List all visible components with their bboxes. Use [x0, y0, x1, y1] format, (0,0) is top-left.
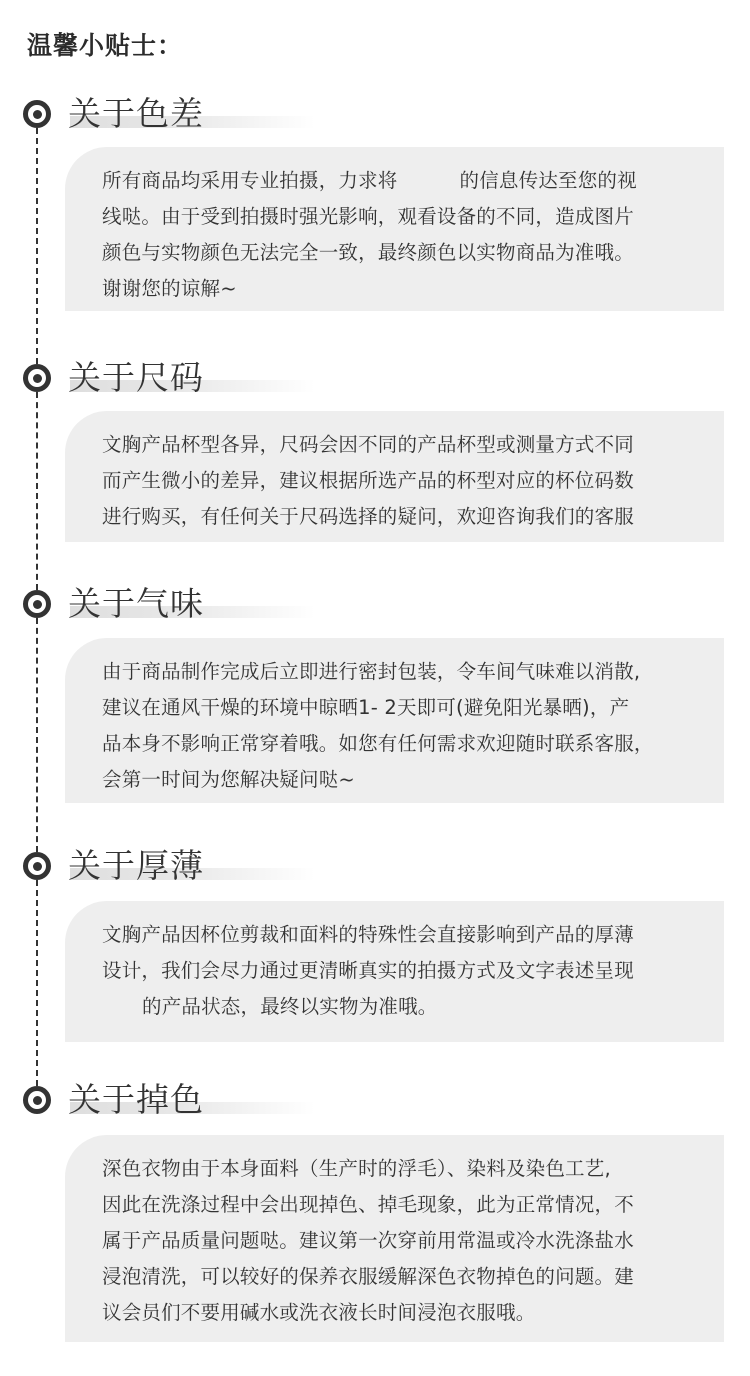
card-text-line: 建议在通风干燥的环境中晾晒1- 2天即可(避免阳光暴晒)，产	[102, 690, 704, 726]
section-heading-thickness: 关于厚薄	[68, 846, 204, 886]
section-heading-color-difference: 关于色差	[68, 94, 204, 134]
card-text-line: 属于产品质量问题哒。建议第一次穿前用常温或冷水洗涤盐水	[102, 1223, 704, 1259]
card-text-line: 进行购买，有任何关于尺码选择的疑问，欢迎咨询我们的客服	[102, 499, 704, 535]
target-circle-icon	[23, 100, 51, 128]
section-card-thickness: 文胸产品因杯位剪裁和面料的特殊性会直接影响到产品的厚薄 设计，我们会尽力通过更清…	[65, 901, 724, 1042]
card-text-line: 线哒。由于受到拍摄时强光影响，观看设备的不同，造成图片	[102, 199, 704, 235]
card-text-line: 所有商品均采用专业拍摄，力求将的信息传达至您的视	[102, 163, 704, 199]
card-text-line: 因此在洗涤过程中会出现掉色、掉毛现象，此为正常情况，不	[102, 1187, 704, 1223]
card-text-line: 品本身不影响正常穿着哦。如您有任何需求欢迎随时联系客服，	[102, 726, 704, 762]
card-text-line: 的产品状态，最终以实物为准哦。	[102, 989, 704, 1025]
card-text-line: 议会员们不要用碱水或洗衣液长时间浸泡衣服哦。	[102, 1295, 704, 1331]
card-text-line: 深色衣物由于本身面料（生产时的浮毛）、染料及染色工艺,	[102, 1151, 704, 1187]
section-title: 关于色差	[68, 94, 204, 134]
target-circle-icon	[23, 1086, 51, 1114]
section-heading-fading: 关于掉色	[68, 1080, 204, 1120]
section-title: 关于气味	[68, 584, 204, 624]
section-title: 关于厚薄	[68, 846, 204, 886]
page-title: 温馨小贴士：	[27, 26, 183, 62]
card-text-line: 谢谢您的谅解~	[102, 271, 704, 307]
section-card-size: 文胸产品杯型各异，尺码会因不同的产品杯型或测量方式不同 而产生微小的差异，建议根…	[65, 411, 724, 542]
section-title: 关于尺码	[68, 358, 204, 398]
card-text-line: 而产生微小的差异，建议根据所选产品的杯型对应的杯位码数	[102, 463, 704, 499]
section-title: 关于掉色	[68, 1080, 204, 1120]
section-heading-size: 关于尺码	[68, 358, 204, 398]
timeline-dashed-line	[36, 880, 38, 1086]
text-segment: 的产品状态，最终以实物为准哦。	[142, 995, 438, 1018]
section-card-fading: 深色衣物由于本身面料（生产时的浮毛）、染料及染色工艺, 因此在洗涤过程中会出现掉…	[65, 1135, 724, 1342]
card-text-line: 由于商品制作完成后立即进行密封包装，令车间气味难以消散,	[102, 654, 704, 690]
timeline-dashed-line	[36, 392, 38, 590]
card-text-line: 颜色与实物颜色无法完全一致，最终颜色以实物商品为准哦。	[102, 235, 704, 271]
text-segment: 所有商品均采用专业拍摄，力求将	[102, 169, 398, 192]
card-text-line: 文胸产品因杯位剪裁和面料的特殊性会直接影响到产品的厚薄	[102, 917, 704, 953]
card-text-line: 文胸产品杯型各异，尺码会因不同的产品杯型或测量方式不同	[102, 427, 704, 463]
target-circle-icon	[23, 364, 51, 392]
section-card-color-difference: 所有商品均采用专业拍摄，力求将的信息传达至您的视 线哒。由于受到拍摄时强光影响，…	[65, 147, 724, 311]
card-text-line: 会第一时间为您解决疑问哒~	[102, 762, 704, 798]
timeline-dashed-line	[36, 128, 38, 364]
card-text-line: 浸泡清洗，可以较好的保养衣服缓解深色衣物掉色的问题。建	[102, 1259, 704, 1295]
section-heading-odor: 关于气味	[68, 584, 204, 624]
card-text-line: 设计，我们会尽力通过更清晰真实的拍摄方式及文字表述呈现	[102, 953, 704, 989]
target-circle-icon	[23, 590, 51, 618]
timeline-dashed-line	[36, 618, 38, 852]
text-segment: 的信息传达至您的视	[460, 169, 637, 192]
section-card-odor: 由于商品制作完成后立即进行密封包装，令车间气味难以消散, 建议在通风干燥的环境中…	[65, 638, 724, 803]
target-circle-icon	[23, 852, 51, 880]
